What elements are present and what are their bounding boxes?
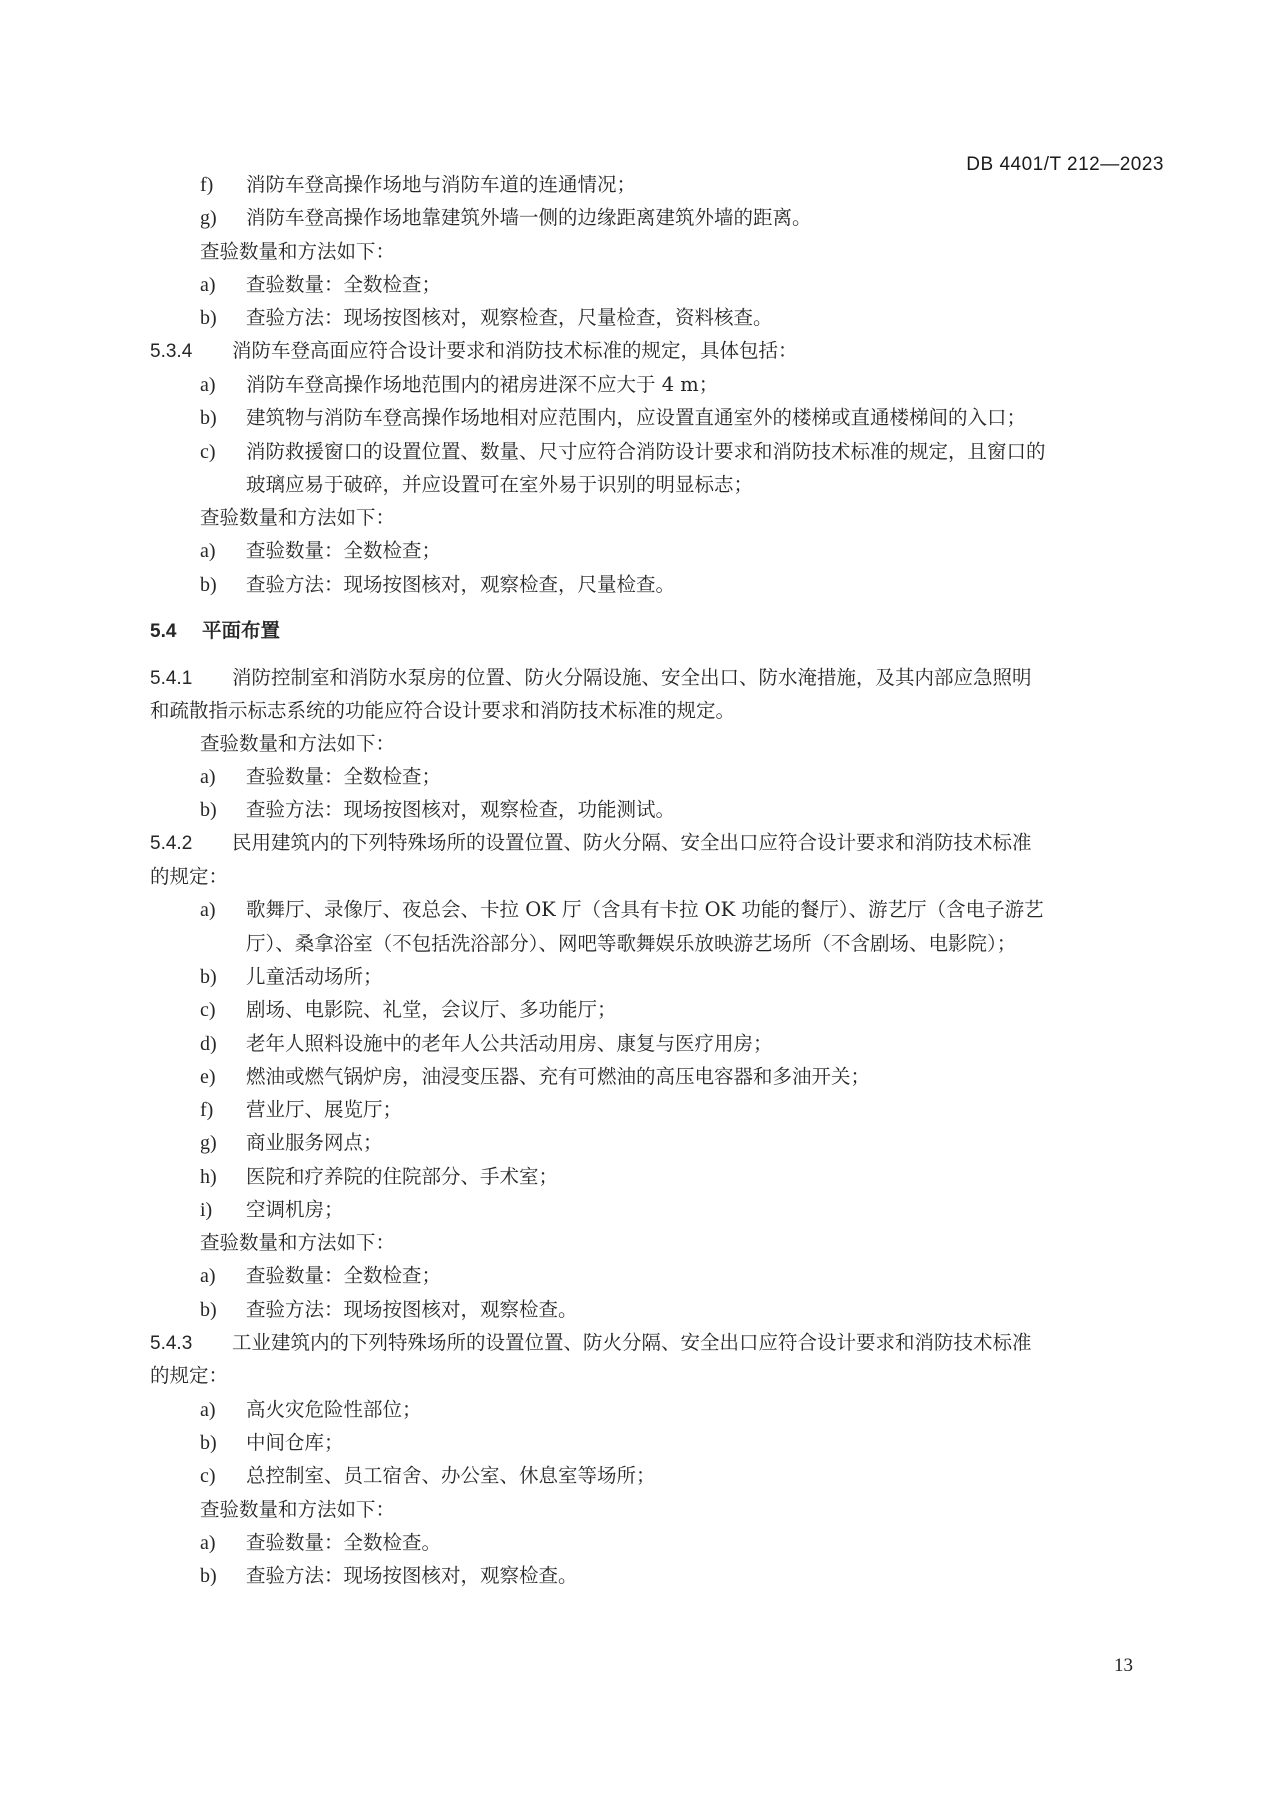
list-item: d)老年人照料设施中的老年人公共活动用房、康复与医疗用房； (200, 1032, 773, 1056)
clause-continuation: 和疏散指示标志系统的功能应符合设计要求和消防技术标准的规定。 (150, 699, 735, 723)
list-item-label: a) (200, 898, 246, 922)
paragraph: 查验数量和方法如下： (200, 732, 395, 756)
list-item: g)消防车登高操作场地靠建筑外墙一侧的边缘距离建筑外墙的距离。 (200, 206, 812, 230)
list-item: c)消防救援窗口的设置位置、数量、尺寸应符合消防设计要求和消防技术标准的规定，且… (200, 440, 1046, 464)
list-item: f)消防车登高操作场地与消防车道的连通情况； (200, 173, 636, 197)
list-item-label: a) (200, 373, 246, 397)
list-item: a)高火灾危险性部位； (200, 1398, 422, 1422)
list-item-label: b) (200, 406, 246, 430)
list-item-label: b) (200, 965, 246, 989)
clause-text: 民用建筑内的下列特殊场所的设置位置、防火分隔、安全出口应符合设计要求和消防技术标… (232, 831, 1032, 854)
paragraph: 查验数量和方法如下： (200, 240, 395, 264)
clause: 5.4.2民用建筑内的下列特殊场所的设置位置、防火分隔、安全出口应符合设计要求和… (150, 831, 1032, 856)
list-item-text: 查验数量：全数检查； (246, 539, 441, 562)
list-item-text: 查验方法：现场按图核对，观察检查，尺量检查。 (246, 573, 675, 596)
list-item-continuation: 玻璃应易于破碎，并应设置可在室外易于识别的明显标志； (246, 473, 753, 497)
list-item-label: a) (200, 273, 246, 297)
list-item: a)歌舞厅、录像厅、夜总会、卡拉 OK 厅（含具有卡拉 OK 功能的餐厅）、游艺… (200, 898, 1044, 922)
list-item: a)查验数量：全数检查； (200, 1264, 441, 1288)
list-item-label: a) (200, 539, 246, 563)
list-item-label: g) (200, 206, 246, 230)
section-number: 5.4 (150, 620, 202, 644)
list-item-label: h) (200, 1165, 246, 1189)
list-item: b)查验方法：现场按图核对，观察检查，尺量检查。 (200, 573, 675, 597)
list-item-label: c) (200, 998, 246, 1022)
list-item: i)空调机房； (200, 1198, 344, 1222)
list-item-text: 消防救援窗口的设置位置、数量、尺寸应符合消防设计要求和消防技术标准的规定，且窗口… (246, 440, 1046, 463)
page-number: 13 (1114, 1655, 1133, 1677)
list-item-label: a) (200, 765, 246, 789)
list-item-label: b) (200, 1564, 246, 1588)
clause-text: 消防控制室和消防水泵房的位置、防火分隔设施、安全出口、防水淹措施，及其内部应急照… (232, 666, 1032, 689)
list-item-label: b) (200, 306, 246, 330)
list-item-text: 歌舞厅、录像厅、夜总会、卡拉 OK 厅（含具有卡拉 OK 功能的餐厅）、游艺厅（… (246, 898, 1044, 921)
list-item-text: 空调机房； (246, 1198, 344, 1221)
list-item-text: 查验数量：全数检查； (246, 273, 441, 296)
list-item-label: a) (200, 1398, 246, 1422)
list-item: c)总控制室、员工宿舍、办公室、休息室等场所； (200, 1464, 656, 1488)
list-item-text: 查验数量：全数检查。 (246, 1531, 441, 1554)
document-page: DB 4401/T 212—2023 f)消防车登高操作场地与消防车道的连通情况… (0, 0, 1280, 1810)
paragraph: 查验数量和方法如下： (200, 1231, 395, 1255)
list-item-text: 高火灾危险性部位； (246, 1398, 422, 1421)
list-item: b)查验方法：现场按图核对，观察检查。 (200, 1564, 578, 1588)
list-item-text: 查验数量：全数检查； (246, 765, 441, 788)
list-item-text: 医院和疗养院的住院部分、手术室； (246, 1165, 558, 1188)
section-title: 平面布置 (202, 619, 280, 642)
list-item-label: b) (200, 798, 246, 822)
list-item-text: 建筑物与消防车登高操作场地相对应范围内，应设置直通室外的楼梯或直通楼梯间的入口； (246, 406, 1026, 429)
list-item: a)查验数量：全数检查。 (200, 1531, 441, 1555)
clause: 5.3.4消防车登高面应符合设计要求和消防技术标准的规定，具体包括： (150, 339, 798, 364)
clause-continuation: 的规定： (150, 865, 228, 889)
list-item-text: 查验数量：全数检查； (246, 1264, 441, 1287)
clause-text: 工业建筑内的下列特殊场所的设置位置、防火分隔、安全出口应符合设计要求和消防技术标… (232, 1331, 1032, 1354)
list-item: b)查验方法：现场按图核对，观察检查，功能测试。 (200, 798, 675, 822)
list-item-text: 营业厅、展览厅； (246, 1098, 402, 1121)
list-item: f)营业厅、展览厅； (200, 1098, 402, 1122)
list-item-label: f) (200, 1098, 246, 1122)
list-item: c)剧场、电影院、礼堂，会议厅、多功能厅； (200, 998, 617, 1022)
clause: 5.4.3工业建筑内的下列特殊场所的设置位置、防火分隔、安全出口应符合设计要求和… (150, 1331, 1032, 1356)
paragraph: 查验数量和方法如下： (200, 1498, 395, 1522)
list-item: b)查验方法：现场按图核对，观察检查，尺量检查，资料核查。 (200, 306, 773, 330)
list-item-text: 中间仓库； (246, 1431, 344, 1454)
list-item-text: 查验方法：现场按图核对，观察检查，尺量检查，资料核查。 (246, 306, 773, 329)
standard-code: DB 4401/T 212—2023 (966, 154, 1164, 176)
list-item-label: a) (200, 1264, 246, 1288)
clause: 5.4.1消防控制室和消防水泵房的位置、防火分隔设施、安全出口、防水淹措施，及其… (150, 666, 1032, 691)
list-item: e)燃油或燃气锅炉房，油浸变压器、充有可燃油的高压电容器和多油开关； (200, 1065, 870, 1089)
list-item-label: b) (200, 573, 246, 597)
list-item-label: g) (200, 1131, 246, 1155)
clause-continuation: 的规定： (150, 1364, 228, 1388)
list-item-label: a) (200, 1531, 246, 1555)
list-item-text: 查验方法：现场按图核对，观察检查，功能测试。 (246, 798, 675, 821)
list-item-text: 总控制室、员工宿舍、办公室、休息室等场所； (246, 1464, 656, 1487)
list-item-label: b) (200, 1298, 246, 1322)
list-item-text: 剧场、电影院、礼堂，会议厅、多功能厅； (246, 998, 617, 1021)
list-item-label: e) (200, 1065, 246, 1089)
list-item-text: 查验方法：现场按图核对，观察检查。 (246, 1564, 578, 1587)
list-item: b)中间仓库； (200, 1431, 344, 1455)
section-heading: 5.4平面布置 (150, 619, 280, 644)
list-item-text: 消防车登高操作场地与消防车道的连通情况； (246, 173, 636, 196)
list-item-label: c) (200, 1464, 246, 1488)
list-item-continuation: 厅）、桑拿浴室（不包括洗浴部分）、网吧等歌舞娱乐放映游艺场所（不含剧场、电影院）… (246, 932, 1016, 956)
list-item-text: 儿童活动场所； (246, 965, 383, 988)
list-item-text: 消防车登高操作场地靠建筑外墙一侧的边缘距离建筑外墙的距离。 (246, 206, 812, 229)
clause-number: 5.3.4 (150, 340, 232, 364)
list-item: a)消防车登高操作场地范围内的裙房进深不应大于 4 m； (200, 373, 718, 397)
list-item-text: 消防车登高操作场地范围内的裙房进深不应大于 4 m； (246, 373, 718, 396)
clause-text: 消防车登高面应符合设计要求和消防技术标准的规定，具体包括： (232, 339, 798, 362)
list-item-text: 商业服务网点； (246, 1131, 383, 1154)
clause-number: 5.4.2 (150, 832, 232, 856)
list-item: a)查验数量：全数检查； (200, 539, 441, 563)
list-item: b)儿童活动场所； (200, 965, 383, 989)
clause-number: 5.4.1 (150, 667, 232, 691)
clause-number: 5.4.3 (150, 1332, 232, 1356)
list-item: g)商业服务网点； (200, 1131, 383, 1155)
paragraph: 查验数量和方法如下： (200, 506, 395, 530)
list-item-label: i) (200, 1198, 246, 1222)
list-item-label: c) (200, 440, 246, 464)
list-item-label: f) (200, 173, 246, 197)
list-item: b)查验方法：现场按图核对，观察检查。 (200, 1298, 578, 1322)
list-item: a)查验数量：全数检查； (200, 765, 441, 789)
list-item-text: 查验方法：现场按图核对，观察检查。 (246, 1298, 578, 1321)
list-item-label: d) (200, 1032, 246, 1056)
list-item: h)医院和疗养院的住院部分、手术室； (200, 1165, 558, 1189)
list-item: b)建筑物与消防车登高操作场地相对应范围内，应设置直通室外的楼梯或直通楼梯间的入… (200, 406, 1026, 430)
list-item-label: b) (200, 1431, 246, 1455)
list-item-text: 老年人照料设施中的老年人公共活动用房、康复与医疗用房； (246, 1032, 773, 1055)
list-item-text: 燃油或燃气锅炉房，油浸变压器、充有可燃油的高压电容器和多油开关； (246, 1065, 870, 1088)
list-item: a)查验数量：全数检查； (200, 273, 441, 297)
